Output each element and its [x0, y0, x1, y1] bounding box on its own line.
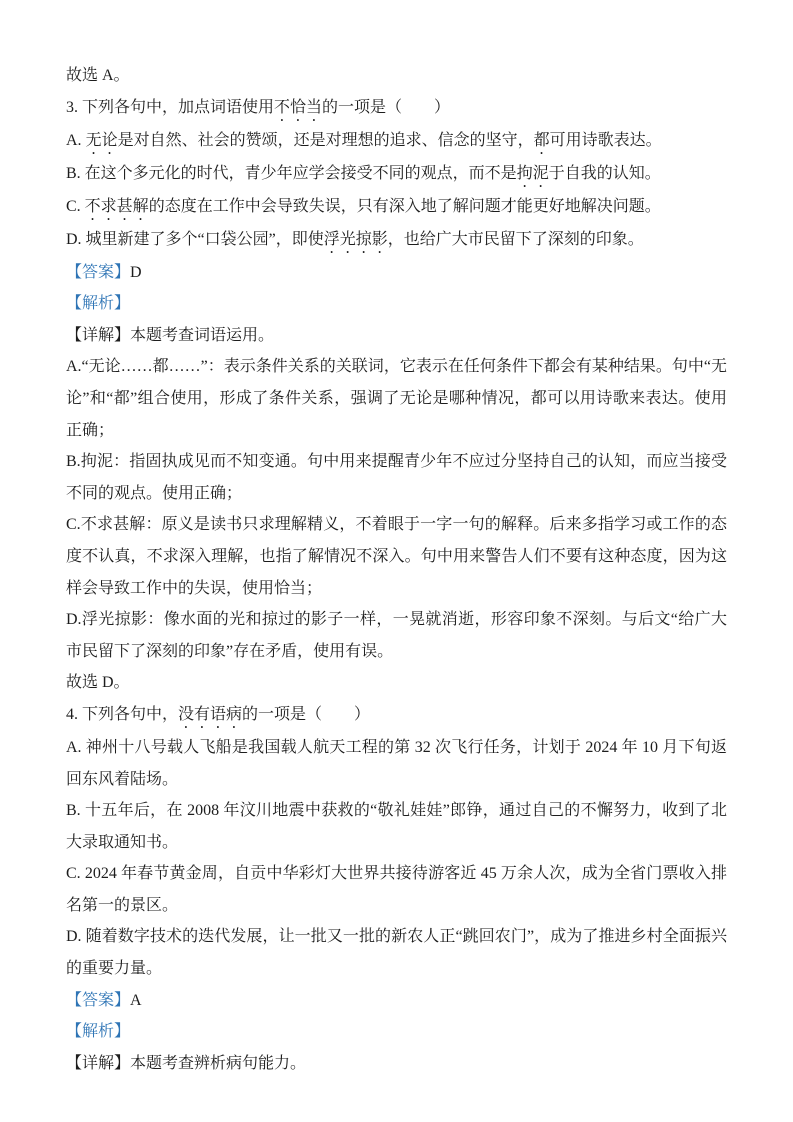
q4-analysis-intro: 【详解】本题考查辨析病句能力。 — [66, 1048, 727, 1080]
text-run: 可用诗歌表达。 — [550, 132, 662, 149]
text-run: 故选 A。 — [66, 67, 130, 84]
text-run: C. — [66, 198, 85, 215]
text-run: 【详解】本题考查辨析病句能力。 — [66, 1055, 306, 1072]
q3-answer: 【答案】D — [66, 257, 727, 289]
text-run: 4. 下列各句中， — [66, 706, 178, 723]
text-run: C. 2024 年春节黄金周，自贡中华彩灯大世界共接待游客近 45 万余人次，成… — [66, 865, 727, 914]
emphasized-text: 没有语病 — [178, 706, 242, 723]
text-run: 的一项是（ ） — [322, 99, 450, 116]
emphasized-text: 不求甚解 — [85, 198, 149, 215]
q4-option-a: A. 神州十八号载人飞船是我国载人航天工程的第 32 次飞行任务，计划于 202… — [66, 732, 727, 795]
document-page: 故选 A。3. 下列各句中，加点词语使用不恰当的一项是（ ）A. 无论是对自然、… — [0, 0, 793, 1122]
emphasized-text: 不恰当 — [274, 99, 322, 116]
q3-analysis-d: D.浮光掠影：像水面的光和掠过的影子一样，一晃就消逝，形容印象不深刻。与后文“给… — [66, 604, 727, 667]
q3-analysis-b: B.拘泥：指固执成见而不知变通。句中用来提醒青少年不应过分坚持自己的认知，而应当… — [66, 446, 727, 509]
text-run: B. 在这个多元化的时代，青少年应学会接受不同的观点，而不是 — [66, 165, 517, 182]
document-body: 故选 A。3. 下列各句中，加点词语使用不恰当的一项是（ ）A. 无论是对自然、… — [66, 60, 727, 1079]
text-run: 故选 D。 — [66, 674, 130, 691]
text-run: 的一项是（ ） — [242, 706, 370, 723]
q3-option-b: B. 在这个多元化的时代，青少年应学会接受不同的观点，而不是拘泥于自我的认知。 — [66, 158, 727, 191]
text-run: A — [130, 992, 142, 1009]
section-marker: 【答案】 — [66, 264, 130, 281]
text-run: 3. 下列各句中，加点词语使用 — [66, 99, 274, 116]
text-run: D. 城里新建了多个“口袋公园”，即使 — [66, 231, 324, 248]
section-marker: 【解析】 — [66, 1023, 130, 1040]
text-run: A. 神州十八号载人飞船是我国载人航天工程的第 32 次飞行任务，计划于 202… — [66, 739, 727, 788]
text-run: D — [130, 264, 142, 281]
text-run: D. 随着数字技术的迭代发展，让一批又一批的新农人正“跳回农门”，成为了推进乡村… — [66, 928, 727, 977]
section-marker: 【答案】 — [66, 992, 130, 1009]
q3-analysis-intro: 【详解】本题考查词语运用。 — [66, 320, 727, 352]
q3-option-c: C. 不求甚解的态度在工作中会导致失误，只有深入地了解问题才能更好地解决问题。 — [66, 191, 727, 224]
q4-stem: 4. 下列各句中，没有语病的一项是（ ） — [66, 699, 727, 732]
text-run: D.浮光掠影：像水面的光和掠过的影子一样，一晃就消逝，形容印象不深刻。与后文“给… — [66, 611, 727, 660]
emphasized-text: 无论 — [86, 132, 118, 149]
text-run: 的态度在工作中会导致失误，只有深入地了解问题才能更好地解决问题。 — [149, 198, 661, 215]
text-run: 【详解】本题考查词语运用。 — [66, 327, 274, 344]
q3-conclusion: 故选 D。 — [66, 667, 727, 699]
text-run: ，也给广大市民留下了深刻的印象。 — [388, 231, 644, 248]
text-run: C.不求甚解：原义是读书只求理解精义，不着眼于一字一句的解释。后来多指学习或工作… — [66, 516, 727, 596]
q3-stem: 3. 下列各句中，加点词语使用不恰当的一项是（ ） — [66, 92, 727, 125]
q3-analysis-a: A.“无论……都……”：表示条件关系的关联词，它表示在任何条件下都会有某种结果。… — [66, 351, 727, 446]
text-run: A.“无论……都……”：表示条件关系的关联词，它表示在任何条件下都会有某种结果。… — [66, 358, 727, 438]
text-run: 于自我的认知。 — [549, 165, 661, 182]
emphasized-text: 拘泥 — [517, 165, 549, 182]
text-run: B.拘泥：指固执成见而不知变通。句中用来提醒青少年不应过分坚持自己的认知，而应当… — [66, 453, 727, 502]
section-marker: 【解析】 — [66, 295, 130, 312]
q4-option-b: B. 十五年后，在 2008 年汶川地震中获救的“敬礼娃娃”郎铮，通过自己的不懈… — [66, 795, 727, 858]
text-run: A. — [66, 132, 86, 149]
text-run: B. 十五年后，在 2008 年汶川地震中获救的“敬礼娃娃”郎铮，通过自己的不懈… — [66, 802, 727, 851]
q3-analysis-c: C.不求甚解：原义是读书只求理解精义，不着眼于一字一句的解释。后来多指学习或工作… — [66, 509, 727, 604]
q2-conclusion: 故选 A。 — [66, 60, 727, 92]
text-run: 是对自然、社会的赞颂，还是对理想的追求、信念的坚守， — [118, 132, 534, 149]
q4-analysis-header: 【解析】 — [66, 1016, 727, 1048]
emphasized-text: 都 — [534, 132, 550, 149]
q3-option-a: A. 无论是对自然、社会的赞颂，还是对理想的追求、信念的坚守，都可用诗歌表达。 — [66, 125, 727, 158]
q4-option-c: C. 2024 年春节黄金周，自贡中华彩灯大世界共接待游客近 45 万余人次，成… — [66, 858, 727, 921]
q3-analysis-header: 【解析】 — [66, 288, 727, 320]
q3-option-d: D. 城里新建了多个“口袋公园”，即使浮光掠影，也给广大市民留下了深刻的印象。 — [66, 224, 727, 257]
q4-answer: 【答案】A — [66, 985, 727, 1017]
q4-option-d: D. 随着数字技术的迭代发展，让一批又一批的新农人正“跳回农门”，成为了推进乡村… — [66, 921, 727, 984]
emphasized-text: 浮光掠影 — [324, 231, 388, 248]
